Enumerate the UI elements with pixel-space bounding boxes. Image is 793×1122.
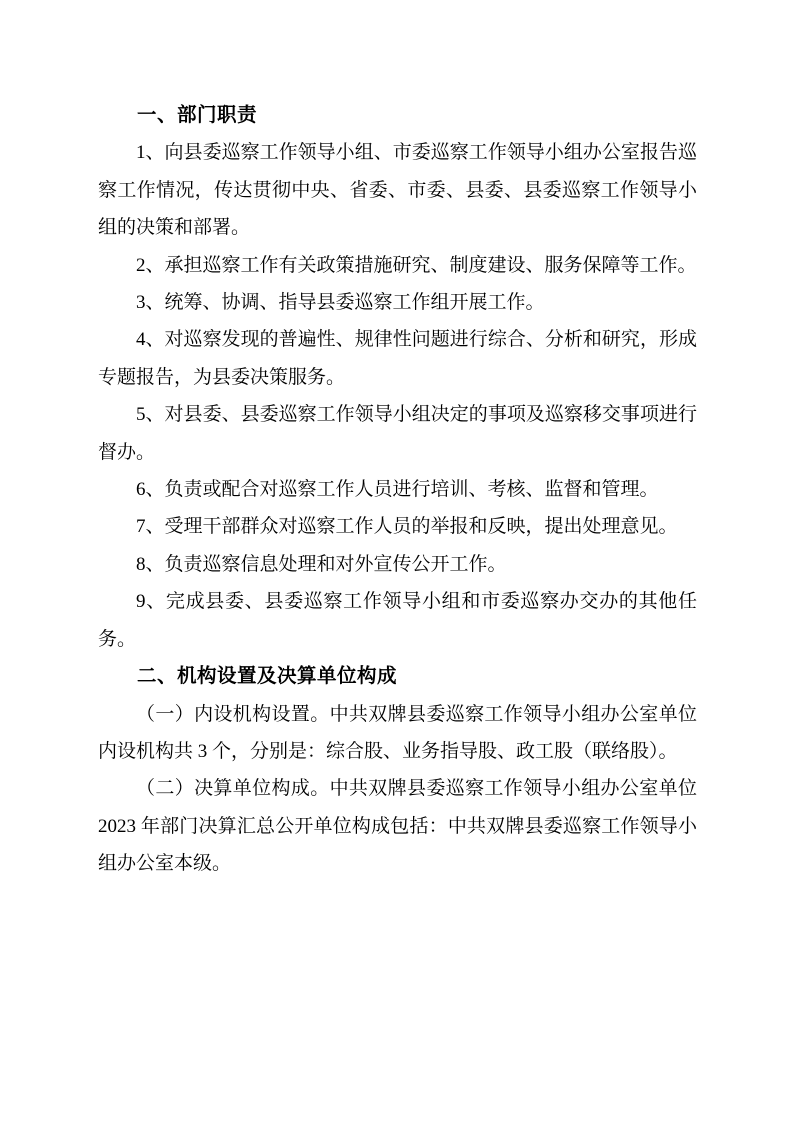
paragraph-duty-1: 1、向县委巡察工作领导小组、市委巡察工作领导小组办公室报告巡察工作情况，传达贯彻…: [98, 134, 697, 246]
paragraph-duty-7: 7、受理干部群众对巡察工作人员的举报和反映，提出处理意见。: [98, 508, 697, 545]
paragraph-duty-9: 9、完成县委、县委巡察工作领导小组和市委巡察办交办的其他任务。: [98, 583, 697, 658]
paragraph-internal-structure: （一）内设机构设置。中共双牌县委巡察工作领导小组办公室单位内设机构共 3 个，分…: [98, 696, 697, 771]
paragraph-duty-4: 4、对巡察发现的普遍性、规律性问题进行综合、分析和研究，形成专题报告，为县委决策…: [98, 321, 697, 396]
paragraph-duty-6: 6、负责或配合对巡察工作人员进行培训、考核、监督和管理。: [98, 471, 697, 508]
paragraph-duty-8: 8、负责巡察信息处理和对外宣传公开工作。: [98, 546, 697, 583]
paragraph-final-accounts-units: （二）决算单位构成。中共双牌县委巡察工作领导小组办公室单位 2023 年部门决算…: [98, 770, 697, 882]
paragraph-duty-5: 5、对县委、县委巡察工作领导小组决定的事项及巡察移交事项进行督办。: [98, 396, 697, 471]
document-page: 一、部门职责 1、向县委巡察工作领导小组、市委巡察工作领导小组办公室报告巡察工作…: [0, 0, 793, 1122]
paragraph-duty-3: 3、统筹、协调、指导县委巡察工作组开展工作。: [98, 284, 697, 321]
section-heading-organization: 二、机构设置及决算单位构成: [98, 658, 697, 695]
paragraph-duty-2: 2、承担巡察工作有关政策措施研究、制度建设、服务保障等工作。: [98, 247, 697, 284]
document-body: 一、部门职责 1、向县委巡察工作领导小组、市委巡察工作领导小组办公室报告巡察工作…: [98, 97, 697, 883]
section-heading-duties: 一、部门职责: [98, 97, 697, 134]
